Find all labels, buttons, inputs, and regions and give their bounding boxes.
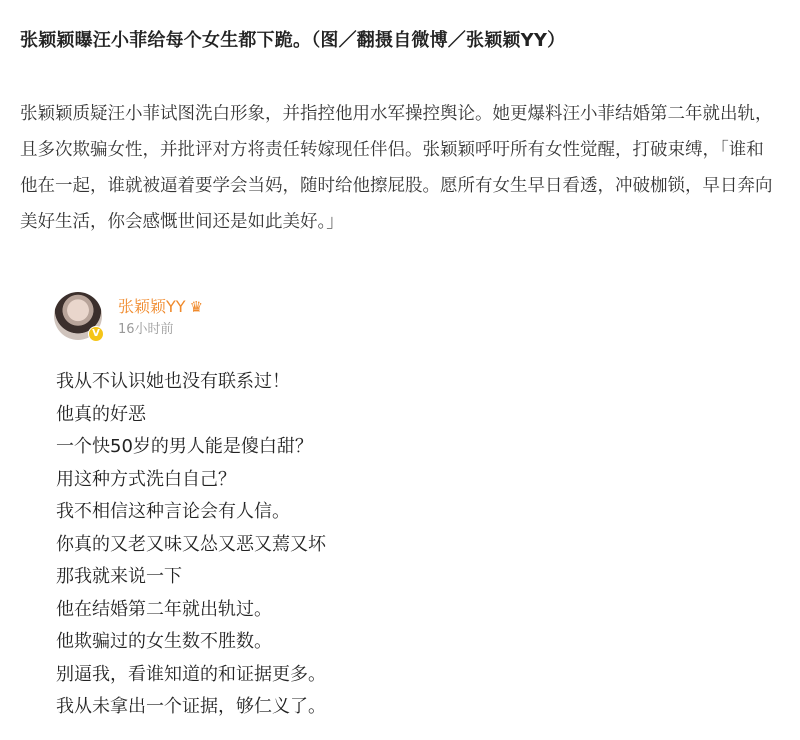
avatar[interactable]: V — [54, 292, 102, 340]
post-line: 那我就来说一下 — [56, 561, 456, 594]
crown-icon: ♛ — [190, 298, 203, 316]
article-page: 张颖颖曝汪小菲给每个女生都下跪。（图／翻摄自微博／张颖颖YY） 张颖颖质疑汪小菲… — [0, 0, 800, 740]
post-line: 我从不认识她也没有联系过！ — [56, 366, 456, 399]
post-line: 你真的又老又味又怂又恶又蔫又坏 — [56, 529, 456, 562]
post-line: 他在结婚第二年就出轨过。 — [56, 594, 456, 627]
post-line: 我不相信这种言论会有人信。 — [56, 496, 456, 529]
post-line: 用这种方式洗白自己？ — [56, 464, 456, 497]
weibo-post-screenshot: V 张颖颖YY♛ 16小时前 我从不认识她也没有联系过！ 他真的好恶 一个快50… — [40, 280, 460, 720]
article-paragraph: 张颖颖质疑汪小菲试图洗白形象，并指控他用水军操控舆论。她更爆料汪小菲结婚第二年就… — [20, 96, 780, 240]
post-line: 别逼我，看谁知道的和证据更多。 — [56, 659, 456, 692]
image-caption: 张颖颖曝汪小菲给每个女生都下跪。（图／翻摄自微博／张颖颖YY） — [20, 26, 565, 52]
weibo-post-content: 我从不认识她也没有联系过！ 他真的好恶 一个快50岁的男人能是傻白甜？ 用这种方… — [56, 366, 456, 724]
post-line: 我从未拿出一个证据，够仁义了。 — [56, 691, 456, 724]
post-line: 一个快50岁的男人能是傻白甜？ — [56, 431, 456, 464]
post-line: 他真的好恶 — [56, 399, 456, 432]
post-line: 他欺骗过的女生数不胜数。 — [56, 626, 456, 659]
post-timestamp: 16小时前 — [118, 318, 174, 337]
username-text: 张颖颖YY — [118, 297, 186, 316]
username-link[interactable]: 张颖颖YY♛ — [118, 294, 203, 317]
verified-badge-icon: V — [88, 326, 104, 342]
